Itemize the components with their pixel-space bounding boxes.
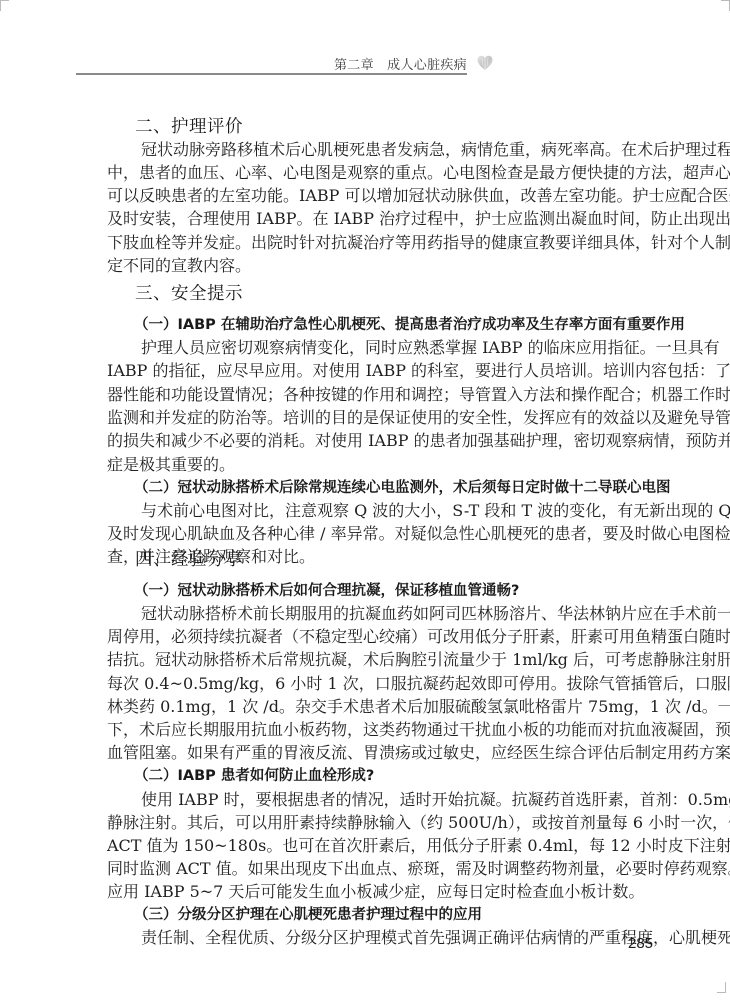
paragraph-line: 冠状动脉搭桥术前长期服用的抗凝血药如阿司匹林肠溶片、华法林钠片应在手术前一 (141, 603, 653, 625)
crop-mark-top-right (721, 0, 730, 11)
paragraph-line: 症是极其重要的。 (107, 454, 653, 476)
subsection-heading: （二）冠状动脉搭桥术后除常规连续心电监测外，术后须每日定时做十二导联心电图 (134, 477, 671, 499)
subsection-heading: （二）IABP 患者如何防止血栓形成? (134, 765, 374, 787)
paragraph-line: 林类药 0.1mg，1 次 /d。杂交手术患者术后加服硫酸氢氯吡格雷片 75mg… (107, 696, 653, 718)
paragraph-line: 血管阻塞。如果有严重的胃液反流、胃溃疡或过敏史，应经医生综合评估后制定用药方案。 (107, 742, 653, 764)
paragraph-line: 冠状动脉旁路移植术后心肌梗死患者发病急，病情危重，病死率高。在术后护理过程 (141, 139, 653, 161)
paragraph-line: 静脉注射。其后，可以用肝素持续静脉输入（约 500U/h），或按首剂量每 6 小… (107, 812, 653, 834)
running-head: 第二章 成人心脏疾病 (76, 52, 467, 76)
paragraph-line: 的损失和减少不必要的消耗。对使用 IABP 的患者加强基础护理，密切观察病情，预… (107, 430, 653, 452)
section-heading-experience-sharing: 四、经验分享 (135, 547, 243, 573)
paragraph-line: 可以反映患者的左室功能。IABP 可以增加冠状动脉供血，改善左室功能。护士应配合… (107, 185, 653, 207)
subsection-heading: （一）冠状动脉搭桥术后如何合理抗凝，保证移植血管通畅? (134, 580, 519, 602)
paragraph-line: 监测和并发症的防治等。培训的目的是保证使用的安全性，发挥应有的效益以及避免导管 (107, 407, 653, 429)
paragraph-line: IABP 的指征，应尽早应用。对使用 IABP 的科室，要进行人员培训。培训内容… (107, 360, 653, 382)
page-number: 285 (628, 935, 653, 952)
paragraph-line: 定不同的宣教内容。 (107, 255, 653, 277)
paragraph-line: 使用 IABP 时，要根据患者的情况，适时开始抗凝。抗凝药首选肝素，首剂：0.5… (141, 789, 653, 811)
heart-icon (477, 55, 493, 71)
paragraph-line: 责任制、全程优质、分级分区护理模式首先强调正确评估病情的严重程度，心肌梗死可 (141, 927, 653, 949)
paragraph-line: 下，术后应长期服用抗血小板药物，这类药物通过干扰血小板的功能而对抗血液凝固，预防 (107, 719, 653, 741)
crop-mark-bottom-right (717, 982, 726, 993)
paragraph-line: 周停用，必须持续抗凝者（不稳定型心绞痛）可改用低分子肝素，肝素可用鱼精蛋白随时进… (107, 626, 653, 648)
paragraph-line: 中，患者的血压、心率、心电图是观察的重点。心电图检查是最方便快捷的方法，超声心动… (107, 162, 653, 184)
section-heading-safety-tips: 三、安全提示 (135, 281, 243, 307)
paragraph-line: 应用 IABP 5~7 天后可能发生血小板减少症，应每日定时检查血小板计数。 (107, 881, 653, 903)
paragraph-line: 器性能和功能设置情况；各种按键的作用和调控；导管置入方法和操作配合；机器工作时的 (107, 384, 653, 406)
paragraph-line: 每次 0.4~0.5mg/kg，6 小时 1 次，口服抗凝药起效即可停用。拔除气… (107, 673, 653, 695)
paragraph-line: 同时监测 ACT 值。如果出现皮下出血点、瘀斑，需及时调整药物剂量，必要时停药观… (107, 858, 653, 880)
paragraph-line: 及时发现心肌缺血及各种心律 / 率异常。对疑似急性心肌梗死的患者，要及时做心电图… (107, 523, 653, 545)
subsection-heading: （三）分级分区护理在心肌梗死患者护理过程中的应用 (134, 904, 482, 926)
paragraph-line: 及时安装，合理使用 IABP。在 IABP 治疗过程中，护士应监测出凝血时间，防… (107, 208, 653, 230)
paragraph-line: 护理人员应密切观察病情变化，同时应熟悉掌握 IABP 的临床应用指征。一旦具有 (141, 337, 653, 359)
chapter-title: 第二章 成人心脏疾病 (334, 54, 467, 73)
paragraph-line: ACT 值为 150~180s。也可在首次肝素后，用低分子肝素 0.4ml，每 … (107, 835, 653, 857)
paragraph-line: 拮抗。冠状动脉搭桥术后常规抗凝，术后胸腔引流量少于 1ml/kg 后，可考虑静脉… (107, 649, 653, 671)
paragraph-line: 下肢血栓等并发症。出院时针对抗凝治疗等用药指导的健康宣教要详细具体，针对个人制 (107, 232, 653, 254)
subsection-heading: （一）IABP 在辅助治疗急性心肌梗死、提高患者治疗成功率及生存率方面有重要作用 (134, 314, 685, 336)
paragraph-line: 与术前心电图对比，注意观察 Q 波的大小，S-T 段和 T 波的变化，有无新出现… (141, 500, 653, 522)
header-rule (76, 73, 467, 75)
section-heading-nursing-evaluation: 二、护理评价 (135, 114, 243, 140)
crop-mark-top-left (0, 0, 9, 11)
